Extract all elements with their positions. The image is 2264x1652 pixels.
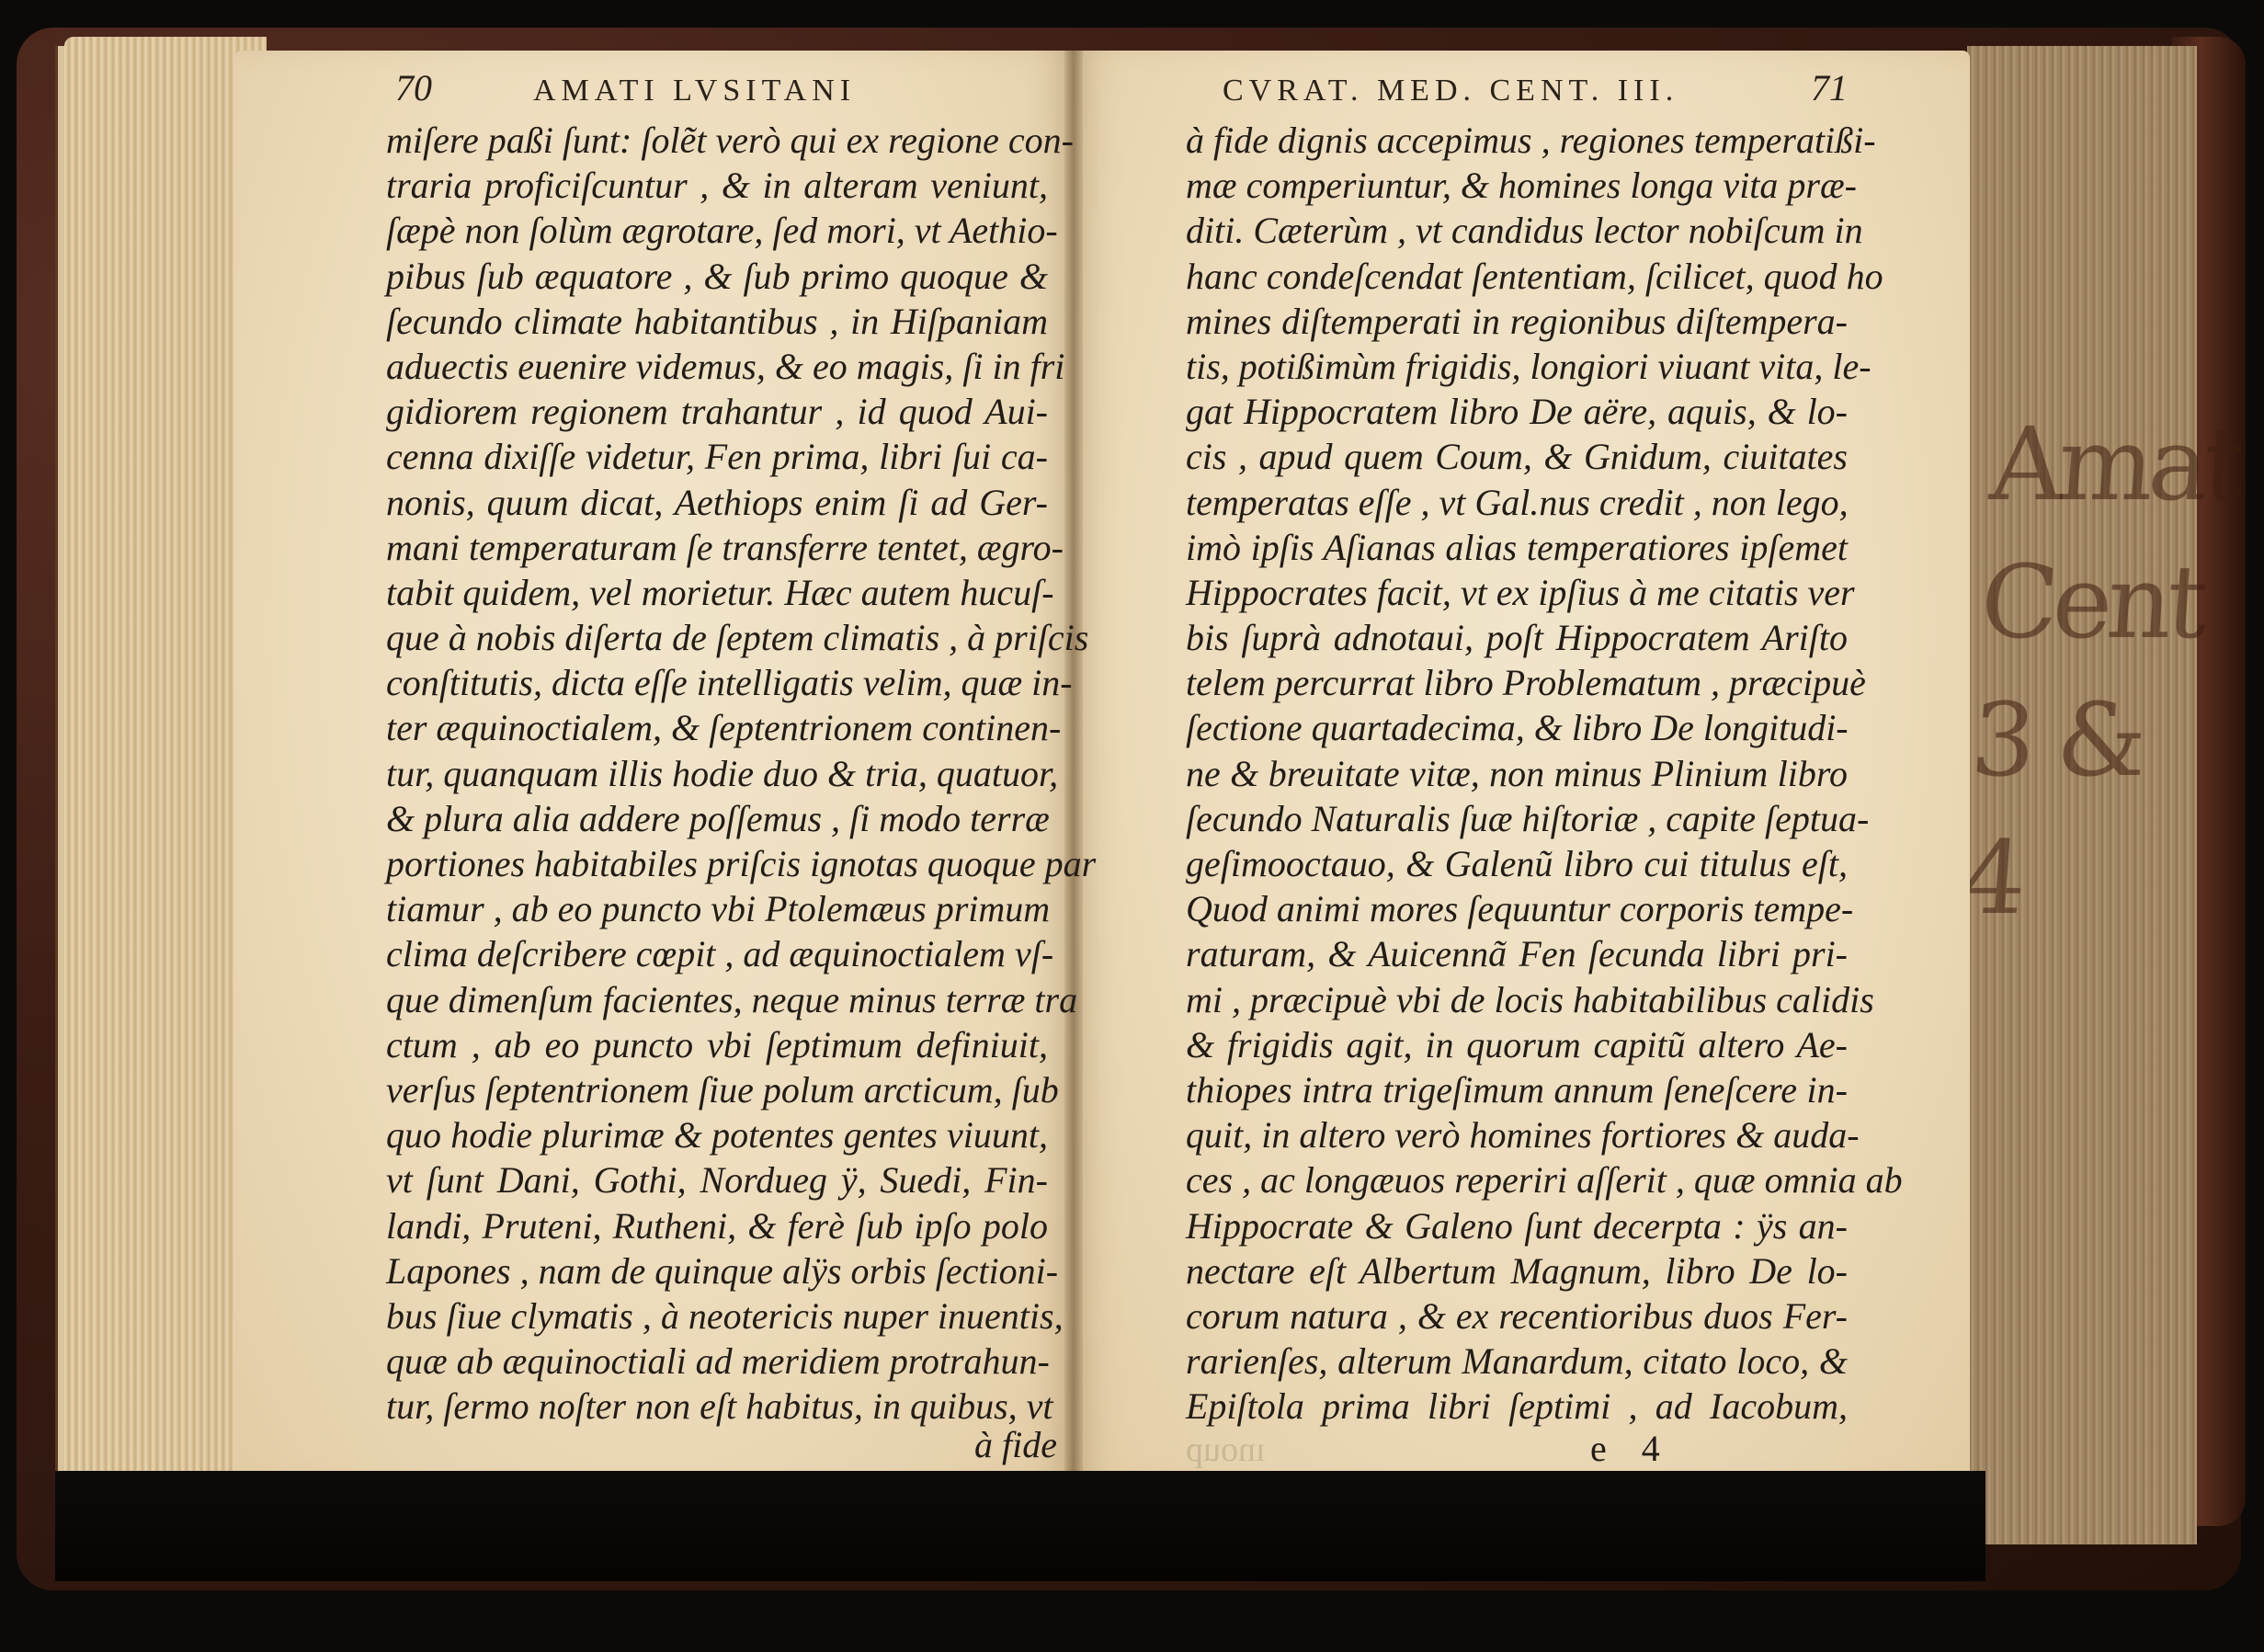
text-line: landi, Pruteni, Rutheni, & ferè ſub ipſo… bbox=[386, 1203, 1048, 1248]
text-line: ſectione quartadecima, & libro De longit… bbox=[1186, 705, 1848, 750]
book-gutter bbox=[1064, 51, 1083, 1485]
text-line: tabit quidem, vel morietur. Hæc autem hu… bbox=[386, 570, 1048, 615]
left-page-number: 70 bbox=[395, 66, 533, 109]
text-line: thiopes intra trigeſimum annum ſeneſcere… bbox=[1186, 1067, 1848, 1112]
text-line: mi , præcipuè vbi de locis habitabilibus… bbox=[1186, 977, 1848, 1022]
text-line: quit, in altero verò homines fortiores &… bbox=[1186, 1112, 1848, 1157]
text-line: ſæpè non ſolùm ægrotare, ſed mori, vt Ae… bbox=[386, 208, 1048, 253]
text-line: quæ ab æquinoctiali ad meridiem protrahu… bbox=[386, 1339, 1048, 1384]
handwriting-line: 3 & 4 bbox=[1957, 671, 2160, 947]
text-line: ſecundo climate habitantibus , in Hiſpan… bbox=[386, 299, 1048, 344]
handwriting-line: Amat bbox=[1985, 395, 2179, 533]
text-line: ne & breuitate vitæ, non minus Plinium l… bbox=[1186, 751, 1848, 796]
bottom-shadow bbox=[55, 1471, 1985, 1581]
text-line: Epiſtola prima libri ſeptimi , ad Iacobu… bbox=[1186, 1384, 1848, 1429]
text-line: Hippocrate & Galeno ſunt decerpta : ÿs a… bbox=[1186, 1203, 1848, 1248]
text-line: ces , ac longæuos reperiri aſſerit , quæ… bbox=[1186, 1157, 1848, 1202]
right-page-number: 71 bbox=[1811, 66, 1848, 109]
right-running-title: CVRAT. MED. CENT. III. bbox=[1223, 74, 1678, 108]
text-line: & plura alia addere poſſemus , ſi modo t… bbox=[386, 796, 1048, 841]
text-line: tur, ſermo noſter non eſt habitus, in qu… bbox=[386, 1384, 1048, 1429]
text-line: hanc condeſcendat ſententiam, ſcilicet, … bbox=[1186, 254, 1848, 299]
text-line: & frigidis agit, in quorum capitũ altero… bbox=[1186, 1022, 1848, 1067]
text-line: vt ſunt Dani, Gothi, Nordueg ÿ, Suedi, F… bbox=[386, 1157, 1048, 1202]
text-line: nectare eſt Albertum Magnum, libro De lo… bbox=[1186, 1248, 1848, 1293]
text-line: tis, potißimùm frigidis, longiori viuant… bbox=[1186, 344, 1848, 389]
text-line: gidiorem regionem trahantur , id quod Au… bbox=[386, 389, 1048, 434]
text-line: bis ſuprà adnotaui, poſt Hippocratem Ari… bbox=[1186, 615, 1848, 660]
text-line: cis , apud quem Coum, & Gnidum, ciuitate… bbox=[1186, 434, 1848, 479]
text-line: temperatas eſſe , vt Gal.nus credit , no… bbox=[1186, 480, 1848, 525]
text-line: aduectis euenire videmus, & eo magis, ſi… bbox=[386, 344, 1048, 389]
text-line: à fide dignis accepimus , regiones tempe… bbox=[1186, 118, 1848, 163]
text-line: corum natura , & ex recentioribus duos F… bbox=[1186, 1293, 1848, 1339]
text-line: gat Hippocratem libro De aëre, aquis, & … bbox=[1186, 389, 1848, 434]
book-photo: Amat Cent 3 & 4 70 AMATI LVSITANI CVRAT.… bbox=[0, 0, 2264, 1652]
text-line: imò ipſis Aſianas alias temperatiores ip… bbox=[1186, 525, 1848, 570]
text-line: mines diſtemperati in regionibus diſtemp… bbox=[1186, 299, 1848, 344]
text-line: pibus ſub æquatore , & ſub primo quoque … bbox=[386, 254, 1048, 299]
text-line: ter æquinoctialem, & ſeptentrionem conti… bbox=[386, 705, 1048, 750]
text-line: Lapones , nam de quinque alÿs orbis ſect… bbox=[386, 1248, 1048, 1293]
text-line: traria proficiſcuntur , & in alteram ven… bbox=[386, 163, 1048, 208]
text-line: rarienſes, alterum Manardum, citato loco… bbox=[1186, 1339, 1848, 1384]
text-line: miſere paßi ſunt: ſolẽt verò qui ex regi… bbox=[386, 118, 1048, 163]
text-line: conſtitutis, dicta eſſe intelligatis vel… bbox=[386, 660, 1048, 705]
text-line: Quod animi mores ſequuntur corporis temp… bbox=[1186, 886, 1848, 931]
text-line: nonis, quum dicat, Aethiops enim ſi ad G… bbox=[386, 480, 1048, 525]
signature-mark: e 4 bbox=[1590, 1427, 1660, 1470]
text-line: que à nobis diſerta de ſeptem climatis ,… bbox=[386, 615, 1048, 660]
handwriting-line: Cent bbox=[1976, 533, 2169, 671]
text-line: quo hodie plurimæ & potentes gentes viuu… bbox=[386, 1112, 1048, 1157]
show-through-text: ınoup bbox=[1186, 1430, 1266, 1470]
left-running-title: AMATI LVSITANI bbox=[533, 74, 856, 108]
left-page-text: miſere paßi ſunt: ſolẽt verò qui ex regi… bbox=[386, 118, 1048, 1429]
text-line: mani temperaturam ſe transferre tentet, … bbox=[386, 525, 1048, 570]
text-line: mæ comperiuntur, & homines longa vita pr… bbox=[1186, 163, 1848, 208]
text-line: tiamur , ab eo puncto vbi Ptolemæus prim… bbox=[386, 886, 1048, 931]
text-line: cenna dixiſſe videtur, Fen prima, libri … bbox=[386, 434, 1048, 479]
text-line: diti. Cæterùm , vt candidus lector nobiſ… bbox=[1186, 208, 1848, 253]
text-line: Hippocrates facit, vt ex ipſius à me cit… bbox=[1186, 570, 1848, 615]
right-running-head: CVRAT. MED. CENT. III. 71 bbox=[1223, 66, 1848, 112]
text-line: raturam, & Auicennã Fen ſecunda libri pr… bbox=[1186, 931, 1848, 976]
catchword: à fide bbox=[974, 1423, 1057, 1466]
text-line: que dimenſum facientes, neque minus terr… bbox=[386, 977, 1048, 1022]
right-page-text: à fide dignis accepimus , regiones tempe… bbox=[1186, 118, 1848, 1429]
text-line: verſus ſeptentrionem ſiue polum arcticum… bbox=[386, 1067, 1048, 1112]
text-line: geſimooctauo, & Galenũ libro cui titulus… bbox=[1186, 841, 1848, 886]
text-line: ctum , ab eo puncto vbi ſeptimum definiu… bbox=[386, 1022, 1048, 1067]
fore-edge-handwriting: Amat Cent 3 & 4 bbox=[1957, 395, 2179, 947]
text-line: ſecundo Naturalis ſuæ hiſtoriæ , capite … bbox=[1186, 796, 1848, 841]
text-line: clima deſcribere cœpit , ad æquinoctiale… bbox=[386, 931, 1048, 976]
left-running-head: 70 AMATI LVSITANI bbox=[395, 66, 1057, 112]
text-line: bus ſiue clymatis , à neotericis nuper i… bbox=[386, 1293, 1048, 1339]
text-line: tur, quanquam illis hodie duo & tria, qu… bbox=[386, 751, 1048, 796]
text-line: portiones habitabiles priſcis ignotas qu… bbox=[386, 841, 1048, 886]
text-line: telem percurrat libro Problematum , præc… bbox=[1186, 660, 1848, 705]
